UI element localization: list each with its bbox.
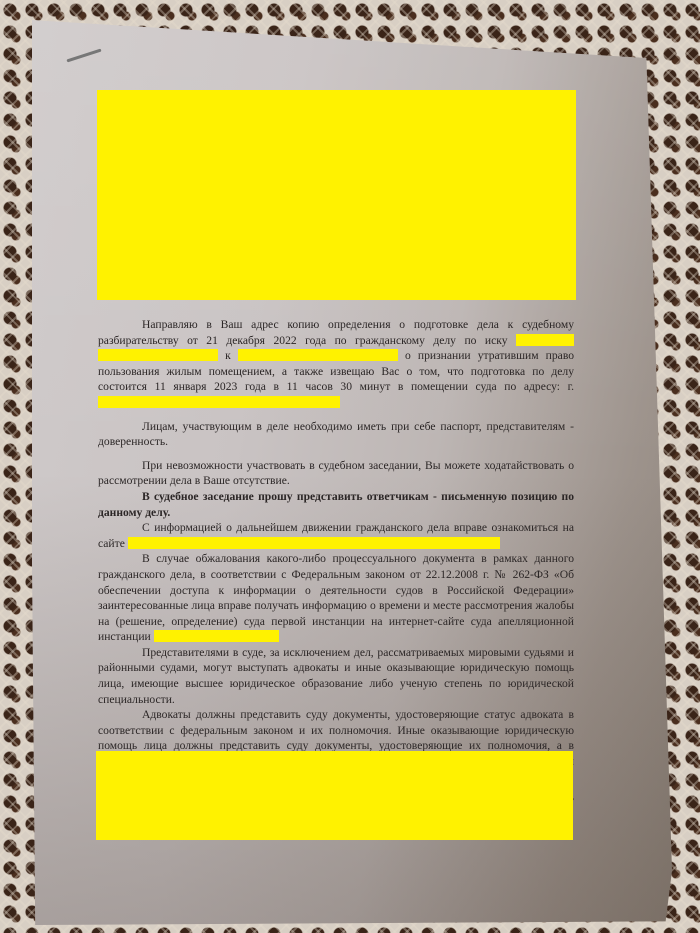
redacted-defendant (238, 349, 398, 361)
redacted-plaintiff-cont (98, 349, 218, 361)
notice-text-part2: к (225, 349, 231, 362)
paragraph-representatives: Представителями в суде, за исключением д… (98, 645, 574, 707)
redacted-header-block (97, 90, 576, 300)
paragraph-request-position: В судебное заседание прошу представить о… (98, 489, 574, 520)
redacted-signature-block (96, 751, 573, 840)
paragraph-website: С информацией о дальнейшем движении граж… (98, 520, 574, 551)
paragraph-absence: При невозможности участвовать в судебном… (98, 458, 574, 489)
paragraph-appeal: В случае обжалования какого-либо процесс… (98, 551, 574, 645)
paragraph-documents: Лицам, участвующим в деле необходимо име… (98, 419, 574, 450)
letter-body: Направляю в Ваш адрес копию определения … (98, 317, 574, 824)
paragraph-notice: Направляю в Ваш адрес копию определения … (98, 317, 574, 411)
redacted-plaintiff (516, 334, 574, 346)
notice-text-part1: Направляю в Ваш адрес копию определения … (98, 318, 574, 347)
redacted-court-address (98, 396, 340, 408)
redacted-website (128, 537, 500, 549)
redacted-appeal-website (154, 630, 279, 642)
